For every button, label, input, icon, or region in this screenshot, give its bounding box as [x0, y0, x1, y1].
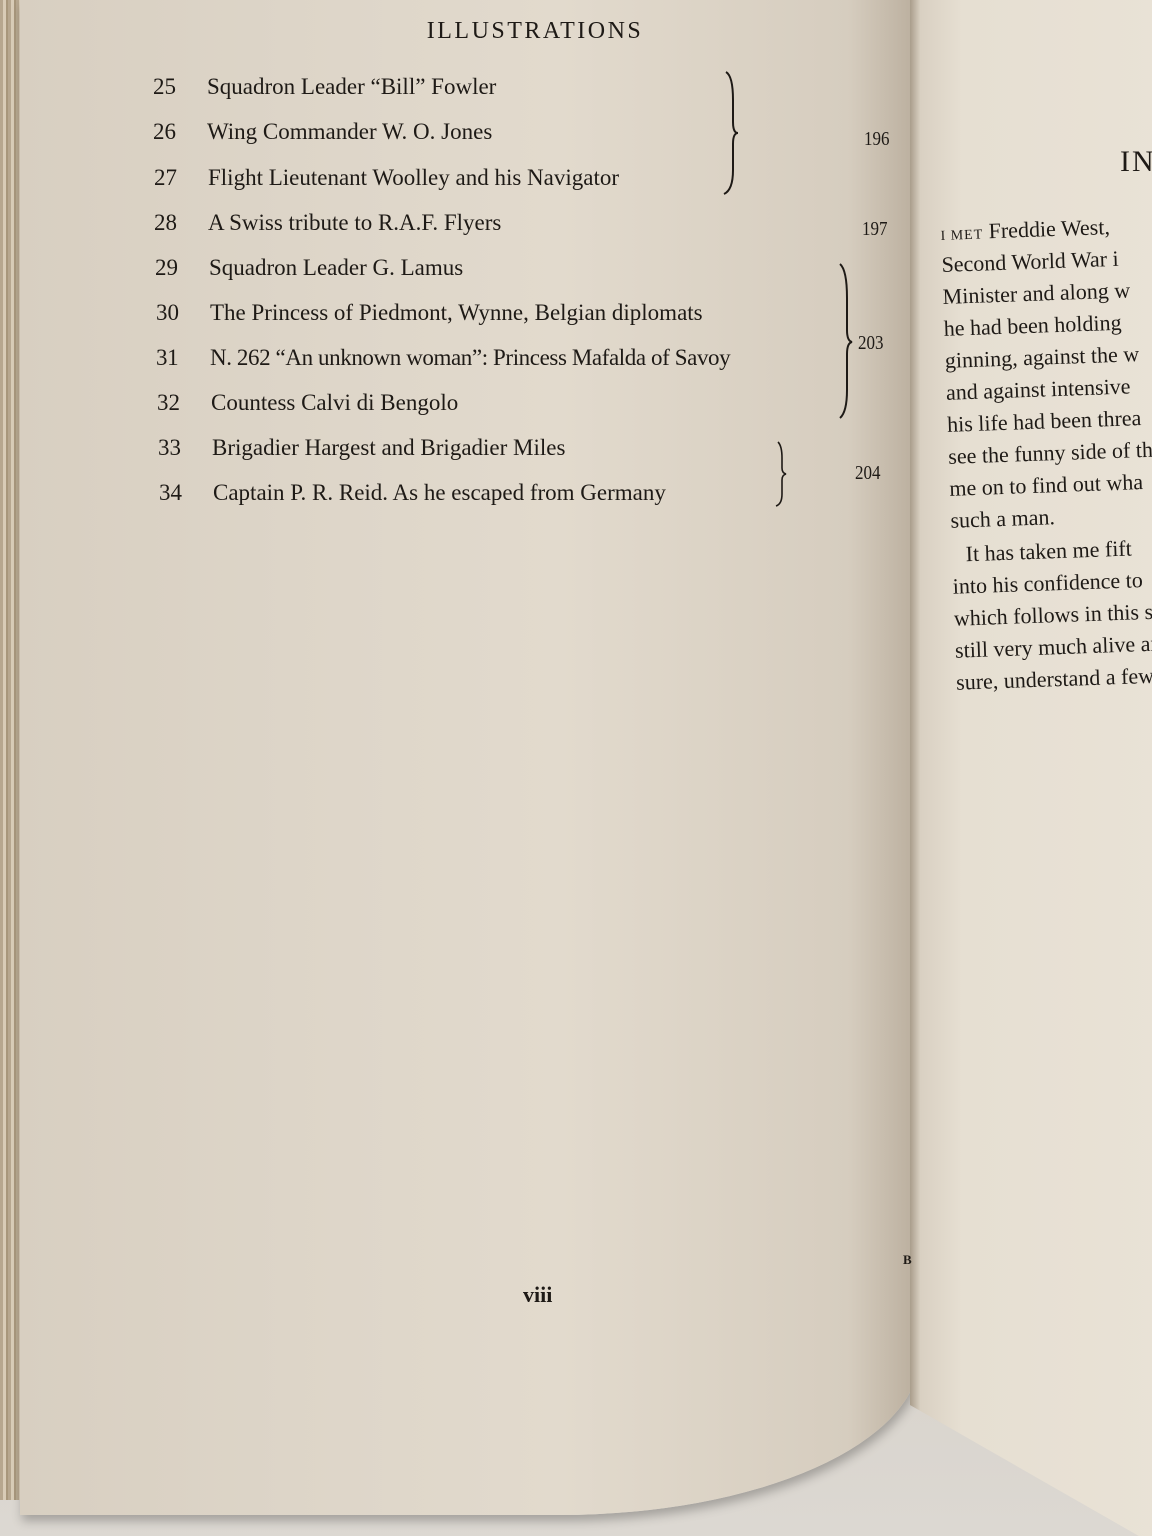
text-line: sure, understand a few	[956, 663, 1152, 696]
chapter-heading: IN	[1120, 145, 1152, 179]
page-edges	[0, 0, 22, 1500]
text-line: I MET Freddie West,	[940, 214, 1110, 246]
text-line: see the funny side of th	[948, 437, 1152, 470]
lead-smallcaps: I MET	[940, 228, 983, 244]
entry-number: 25	[153, 74, 207, 100]
illustration-entry: 25Squadron Leader “Bill” Fowler	[153, 74, 496, 100]
page-title: ILLUSTRATIONS	[0, 18, 1070, 45]
signature-mark: B	[903, 1252, 912, 1268]
illustration-entry: 31N. 262 “An unknown woman”: Princess Ma…	[156, 345, 730, 371]
illustration-entry: 28A Swiss tribute to R.A.F. Flyers	[154, 210, 501, 236]
page-reference: 197	[862, 218, 888, 241]
bracket-icon	[772, 440, 792, 508]
illustration-entry: 26Wing Commander W. O. Jones	[153, 119, 492, 145]
entry-number: 32	[157, 390, 211, 416]
entry-caption: Brigadier Hargest and Brigadier Miles	[212, 435, 565, 460]
entry-caption: Captain P. R. Reid. As he escaped from G…	[213, 480, 666, 505]
body-text: I MET Freddie West, Second World War i M…	[940, 212, 1152, 719]
entry-caption: Squadron Leader “Bill” Fowler	[207, 74, 496, 99]
text-line: still very much alive an	[955, 631, 1152, 664]
page-reference: 204	[855, 462, 881, 485]
bracket-icon	[716, 70, 740, 196]
entry-caption: Squadron Leader G. Lamus	[209, 255, 463, 280]
text-line: which follows in this st	[953, 599, 1152, 632]
text-line: his life had been threa	[947, 405, 1142, 438]
entry-caption: Countess Calvi di Bengolo	[211, 390, 458, 415]
illustration-entry: 30The Princess of Piedmont, Wynne, Belgi…	[156, 300, 703, 326]
text-line: It has taken me fift	[965, 536, 1132, 568]
illustration-entry: 32Countess Calvi di Bengolo	[157, 390, 458, 416]
text-line: Minister and along w	[942, 277, 1130, 310]
entry-number: 26	[153, 119, 207, 145]
entry-caption: A Swiss tribute to R.A.F. Flyers	[208, 210, 501, 235]
entry-caption: Wing Commander W. O. Jones	[207, 119, 492, 144]
entry-number: 29	[155, 255, 209, 281]
illustration-entry: 34Captain P. R. Reid. As he escaped from…	[159, 480, 666, 506]
entry-caption: Flight Lieutenant Woolley and his Naviga…	[208, 165, 619, 190]
illustration-entry: 33Brigadier Hargest and Brigadier Miles	[158, 435, 565, 461]
text-line: such a man.	[950, 504, 1055, 534]
entry-number: 27	[154, 165, 208, 191]
entry-number: 30	[156, 300, 210, 326]
text-line: he had been holding	[943, 310, 1122, 342]
text-line: ginning, against the w	[944, 341, 1139, 374]
entry-number: 28	[154, 210, 208, 236]
illustration-entry: 27Flight Lieutenant Woolley and his Navi…	[154, 165, 619, 191]
text-line: and against intensive	[946, 373, 1131, 405]
page-number: viii	[523, 1282, 552, 1308]
illustration-entry: 29Squadron Leader G. Lamus	[155, 255, 463, 281]
page-reference: 196	[864, 128, 890, 151]
entry-number: 34	[159, 480, 213, 506]
entry-caption: The Princess of Piedmont, Wynne, Belgian…	[210, 300, 703, 325]
entry-number: 33	[158, 435, 212, 461]
entry-number: 31	[156, 345, 210, 371]
entry-caption: N. 262 “An unknown woman”: Princess Mafa…	[210, 345, 730, 370]
text-line: into his confidence to	[952, 567, 1143, 600]
text-line: Second World War i	[941, 246, 1119, 278]
text-line: me on to find out wha	[949, 469, 1143, 502]
bracket-icon	[834, 262, 858, 420]
page-reference: 203	[858, 332, 884, 355]
